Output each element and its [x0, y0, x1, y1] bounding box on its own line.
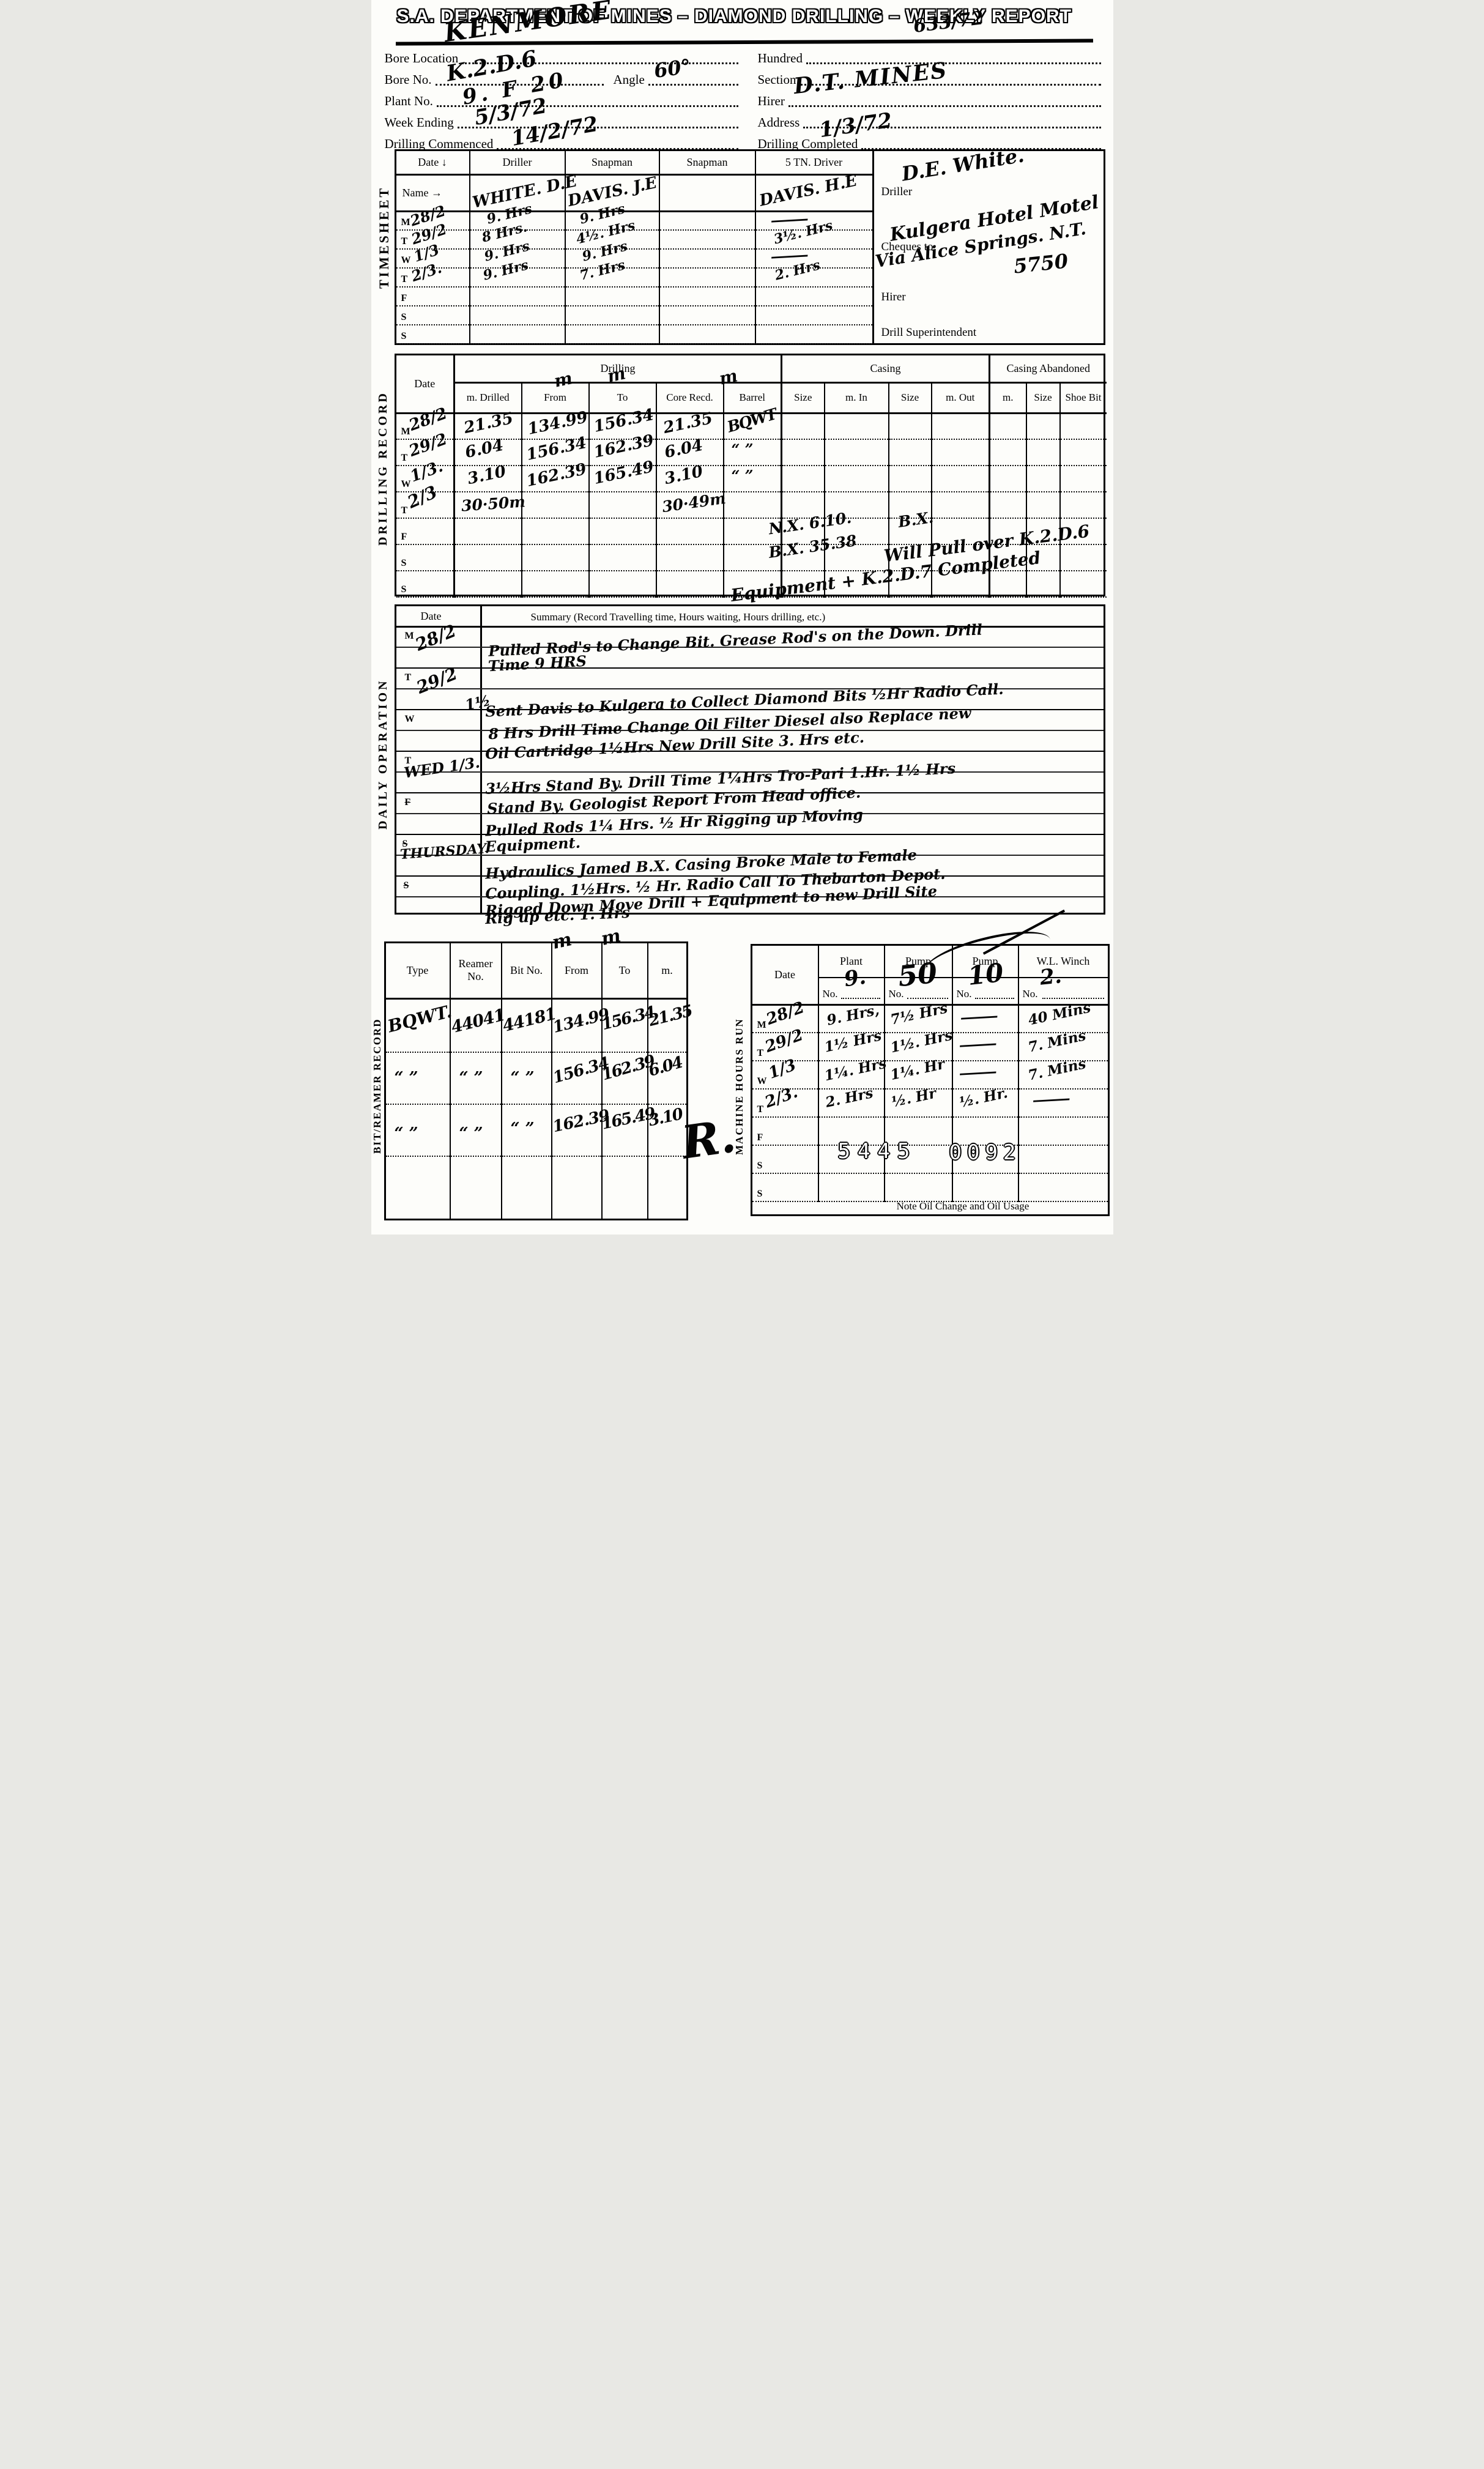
mh-val: 1¼. Hr [889, 1057, 946, 1082]
day-s1: S [401, 312, 407, 323]
m-mark-3: m [718, 367, 739, 388]
mh-val: 9. Hrs, [825, 1003, 880, 1028]
br-m: 6.04 [647, 1055, 683, 1079]
mh-val: — [1044, 1092, 1058, 1107]
day-w: W [401, 255, 411, 266]
col-driver: 5 TN. Driver [755, 151, 872, 174]
divider [480, 606, 482, 913]
angle-label: Angle [614, 72, 645, 87]
mh-date-header: Date [752, 946, 818, 1004]
col-date: Date ↓ [396, 151, 470, 174]
bit-reamer-section: Type Reamer No. Bit No. From To m. BQWT.… [384, 941, 688, 1220]
timesheet-section-label: TIMESHEET [376, 186, 392, 289]
dr-val: 30·49m [661, 491, 726, 514]
plant-no-label: Plant No. [385, 94, 433, 109]
hirer-label: Hirer [758, 94, 785, 109]
daily-operation-section-label: DAILY OPERATION [376, 678, 390, 830]
dr-row: S [396, 544, 454, 571]
mh-no-winch: No. [1018, 978, 1108, 1004]
mh-val: — [971, 1009, 986, 1024]
dr-val: 21.35 [462, 410, 514, 436]
m-mark-2: m [606, 365, 627, 385]
br-bit: “ ” [511, 1070, 535, 1086]
driller-label: Driller [881, 185, 913, 199]
dr-col-size-ab: Size [1026, 382, 1060, 413]
machine-hours-section: Date Plant Pump Pump W.L. Winch No. No. … [751, 944, 1110, 1216]
dr-col-shoe-bit: Shoe Bit [1060, 382, 1107, 413]
br-type: “ ” [395, 1126, 418, 1142]
ts-row: S [396, 325, 470, 344]
do-day-t1: T [405, 672, 412, 683]
col-snapman-1: Snapman [565, 151, 659, 174]
do-line-9: Equipment. [484, 836, 581, 855]
mh-val: ½. Hr [890, 1086, 937, 1110]
bit-reamer-section-label: BIT/REAMER RECORD [371, 1019, 384, 1154]
br-col-reamer-no: Reamer No. [450, 943, 502, 998]
br-reamer: “ ” [459, 1070, 483, 1086]
br-bit: 44181 [501, 1005, 558, 1034]
mh-val: 2. Hrs [824, 1086, 874, 1110]
do-line-13: Rig up etc. 1. Hrs [484, 905, 630, 926]
col-driller: Driller [470, 151, 565, 174]
name-driver-cell: DAVIS. H.E [755, 174, 872, 211]
day-f: F [401, 293, 407, 304]
dr-val: 3.10 [662, 464, 703, 488]
signature-scrawl: R. [679, 1113, 738, 1165]
mh-val: 40 Mins [1026, 1000, 1091, 1027]
mh-val: — [970, 1065, 985, 1080]
do-day-w: W [405, 714, 415, 725]
do-line-2: Time 9 HRS [488, 654, 587, 674]
dr-val: 134.99 [526, 409, 589, 437]
dr-val: 30·50m [461, 494, 525, 513]
driller-signature: D.E. White. [900, 145, 1025, 184]
bore-no-label: Bore No. [385, 72, 432, 87]
br-bit: “ ” [511, 1121, 535, 1137]
dr-val: 21.35 [662, 410, 714, 436]
field-plant-no: Plant No. [385, 93, 740, 109]
br-type: “ ” [395, 1070, 418, 1086]
divider [806, 62, 1101, 64]
dr-col-size2: Size [889, 382, 932, 413]
timesheet-side-panel: Driller Cheques to Hirer Drill Superinte… [872, 151, 1107, 343]
divider [841, 998, 880, 999]
m-mark-1: m [552, 369, 574, 390]
do-day-s2: S [404, 880, 409, 891]
br-m: 21.35 [647, 1003, 693, 1029]
day-t2: T [401, 274, 408, 285]
drilling-record-section: Date Drilling Casing Casing Abandoned m.… [395, 354, 1105, 596]
divider [788, 105, 1101, 107]
do-date-t1: 29/2 [414, 665, 459, 697]
field-address: Address [758, 114, 1102, 130]
mh-val: 7½ Hrs [889, 1001, 949, 1027]
day-s2: S [401, 331, 407, 342]
dr-col-size1: Size [782, 382, 825, 413]
casing-note-bx-size: B.X. [897, 510, 934, 530]
dr-val: 6.04 [662, 437, 703, 461]
br-reamer: “ ” [459, 1126, 483, 1142]
hundred-label: Hundred [758, 51, 803, 66]
br-col-m: m. [648, 943, 686, 998]
address-label: Address [758, 115, 800, 130]
ts-hours: — [782, 248, 796, 263]
br-reamer: 44041 [450, 1006, 506, 1036]
cheques-address-3: 5750 [1012, 251, 1069, 276]
name-driver: DAVIS. H.E [758, 173, 858, 209]
mh-val: 1¼. Hrs [823, 1056, 887, 1083]
dr-val: 3.10 [466, 464, 507, 488]
br-m-mark-2: m [599, 927, 622, 949]
do-date-header: Date [421, 610, 442, 623]
divider [1042, 998, 1104, 999]
dr-col-m-drilled: m. Drilled [454, 382, 522, 413]
day-m: M [401, 217, 410, 228]
dr-casing-group: Casing [782, 355, 990, 382]
br-m-mark-1: m [551, 930, 573, 952]
dr-row: S [396, 571, 454, 597]
divider [975, 998, 1014, 999]
week-ending-label: Week Ending [385, 115, 454, 130]
do-summary-header: Summary (Record Travelling time, Hours w… [531, 611, 826, 623]
do-day-f: F [405, 797, 411, 808]
dr-val: 156.34 [525, 435, 588, 463]
oil-change-note: Note Oil Change and Oil Usage [818, 1200, 1108, 1212]
timesheet-table-wrap: Date ↓ Driller Snapman Snapman 5 TN. Dri… [396, 151, 872, 347]
mh-plant-no: 9. [842, 967, 867, 990]
do-date-wed: WED 1/3. [403, 755, 480, 780]
name-row-label: Name → [403, 187, 442, 199]
dr-val: 162.39 [525, 461, 588, 489]
dr-barrel: “ ” [732, 469, 754, 483]
section-label: Section [758, 72, 796, 87]
daily-operation-section: Date Summary (Record Travelling time, Ho… [395, 604, 1105, 915]
mh-winch-no: 2. [1039, 965, 1063, 989]
col-snapman-2: Snapman [659, 151, 755, 174]
dr-row: F [396, 518, 454, 544]
ts-row: S [396, 306, 470, 325]
dr-col-m-ab: m. [990, 382, 1026, 413]
day-t: T [401, 236, 408, 247]
br-col-type: Type [386, 943, 450, 998]
mh-val: 1½ Hrs [823, 1028, 883, 1054]
bit-reamer-table: Type Reamer No. Bit No. From To m. BQWT.… [386, 943, 686, 1219]
timesheet-table: Date ↓ Driller Snapman Snapman 5 TN. Dri… [396, 151, 872, 344]
dr-date-header: Date [396, 355, 454, 413]
divider [396, 626, 1104, 628]
dr-row: T2/3 [396, 492, 454, 518]
mh-val: 7. Mins [1026, 1028, 1087, 1054]
drill-superintendent-label: Drill Superintendent [881, 326, 977, 340]
do-date-thursday: THURSDAY. [399, 842, 489, 861]
dr-barrel: “ ” [732, 442, 754, 457]
hirer-side-label: Hirer [881, 291, 906, 304]
br-col-to: To [602, 943, 648, 998]
divider [648, 83, 738, 86]
angle-value: 60° [653, 56, 692, 81]
pump-hours-counter-stamp: 0092 [949, 1140, 1022, 1165]
ts-row: F [396, 287, 470, 306]
dr-col-m-out: m. Out [932, 382, 990, 413]
br-col-bit-no: Bit No. [502, 943, 552, 998]
divider [907, 998, 948, 999]
mh-val: 1½. Hrs [889, 1028, 953, 1055]
mh-val: ½. Hr. [958, 1086, 1009, 1110]
mh-date: 1/3 [766, 1057, 798, 1082]
ts-row: T2/3. [396, 268, 470, 287]
dr-abandoned-group: Casing Abandoned [990, 355, 1107, 382]
dr-val: 6.04 [464, 437, 505, 461]
drilling-record-section-label: DRILLING RECORD [376, 391, 390, 546]
weekly-report-page: S.A. DEPARTMENT OF MINES – DIAMOND DRILL… [371, 0, 1113, 1234]
name-snapman2-cell [659, 174, 755, 211]
br-type: BQWT. [386, 1003, 453, 1035]
timesheet-section: Date ↓ Driller Snapman Snapman 5 TN. Dri… [395, 149, 1105, 345]
plant-hours-counter-stamp: 5445 [838, 1139, 918, 1164]
mh-val: 7. Mins [1026, 1056, 1087, 1082]
br-m: 3.10 [647, 1107, 683, 1129]
dr-col-core: Core Recd. [656, 382, 724, 413]
ts-hours: — [782, 212, 796, 227]
mh-val: — [970, 1037, 985, 1052]
dr-col-m-in: m. In [825, 382, 889, 413]
